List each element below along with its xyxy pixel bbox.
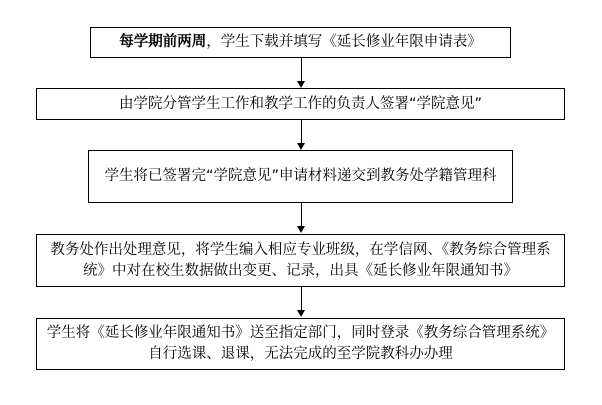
connector-4-line xyxy=(301,287,302,311)
connector-1-line xyxy=(301,58,302,82)
step-1-box: 每学期前两周，学生下载并填写《延长修业年限申请表》 xyxy=(90,27,511,58)
step-4-box: 教务处作出处理意见，将学生编入相应专业班级，在学信网、《教务综合管理系统》中对在… xyxy=(36,234,565,287)
step-1-rest-text: ，学生下载并填写《延长修业年限申请表》 xyxy=(206,34,482,50)
step-5-text: 学生将《延长修业年限通知书》送至指定部门，同时登录《教务综合管理系统》自行选课、… xyxy=(43,323,558,365)
step-4-text: 教务处作出处理意见，将学生编入相应专业班级，在学信网、《教务综合管理系统》中对在… xyxy=(43,240,558,282)
step-3-box: 学生将已签署完“学院意见”申请材料递交到教务处学籍管理科 xyxy=(88,150,513,203)
step-2-text: 由学院分管学生工作和教学工作的负责人签署“学院意见” xyxy=(119,94,482,115)
connector-3-line xyxy=(301,203,302,227)
arrow-down-icon xyxy=(297,143,305,150)
arrow-down-icon xyxy=(297,226,305,233)
step-5-box: 学生将《延长修业年限通知书》送至指定部门，同时登录《教务综合管理系统》自行选课、… xyxy=(36,318,565,370)
step-1-text: 每学期前两周，学生下载并填写《延长修业年限申请表》 xyxy=(119,32,482,53)
connector-2-line xyxy=(301,120,302,144)
step-1-bold-text: 每学期前两周 xyxy=(119,34,206,50)
step-3-text: 学生将已签署完“学院意见”申请材料递交到教务处学籍管理科 xyxy=(104,166,496,187)
step-2-box: 由学院分管学生工作和教学工作的负责人签署“学院意见” xyxy=(36,88,565,120)
arrow-down-icon xyxy=(297,310,305,317)
arrow-down-icon xyxy=(297,81,305,88)
